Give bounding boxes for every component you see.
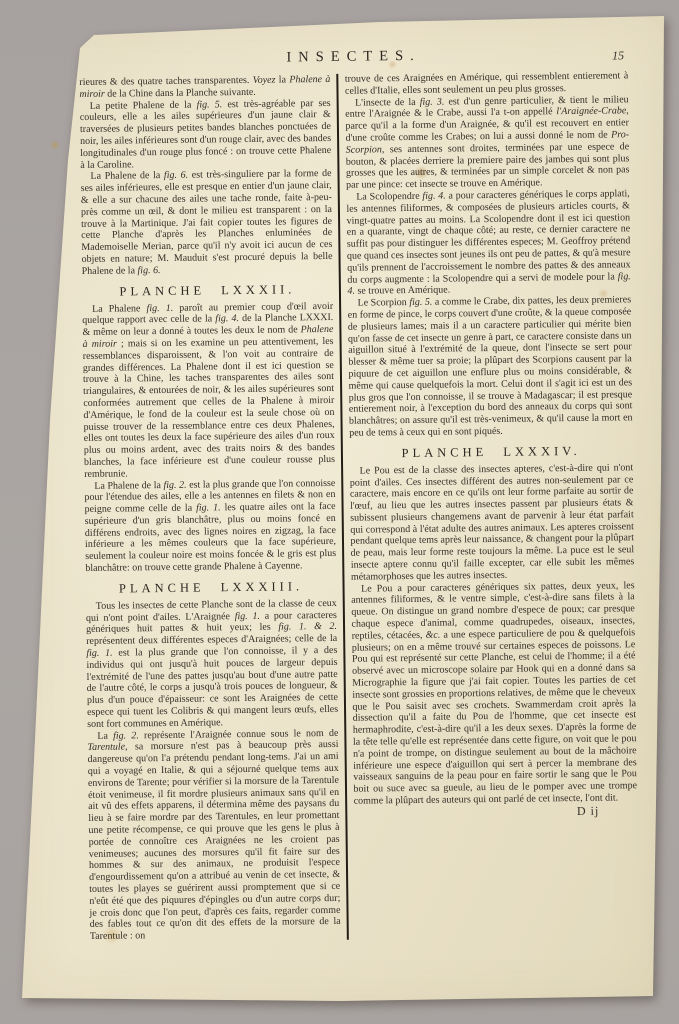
page-content: INSECTES. 15 rieures & des quatre taches…: [79, 45, 639, 943]
plate-heading: PLANCHE LXXXIV.: [349, 443, 633, 460]
paragraph: La Scolopendre fig. 4. a pour caracteres…: [346, 188, 631, 298]
paragraph: La Phalene fig. 1. paroît au premier cou…: [82, 300, 335, 480]
plate-heading: PLANCHE LXXXIII.: [85, 579, 336, 596]
paragraph: La Phalene de la fig. 6. est très-singul…: [80, 168, 332, 277]
signature-mark: D ij: [354, 805, 638, 820]
page-number: 15: [612, 48, 624, 63]
paragraph: La petite Phalene de la fig. 5. est très…: [80, 98, 332, 172]
paragraph: L'insecte de la fig. 3. est d'un genre p…: [345, 94, 630, 192]
column-right: trouve de ces Araignées en Amérique, qui…: [345, 70, 639, 939]
paragraph: Le Pou a pour caracteres génériques six …: [351, 580, 637, 808]
paragraph: La Phalene de la fig. 2. est la plus gra…: [84, 477, 336, 574]
paragraph: Le Scorpion fig. 5. a comme le Crabe, di…: [348, 294, 633, 439]
text-columns: rieures & des quatre taches transparente…: [79, 70, 639, 943]
paragraph: Tous les insectes de cette Planche sont …: [86, 598, 339, 731]
paragraph: Le Pou est de la classe des insectes apt…: [350, 462, 635, 583]
plate-heading: PLANCHE LXXXII.: [82, 281, 333, 298]
paragraph: La fig. 2. représente l'Araignée connue …: [87, 728, 341, 943]
column-left: rieures & des quatre taches transparente…: [79, 74, 341, 943]
paragraph: trouve de ces Araignées en Amérique, qui…: [345, 70, 629, 97]
page-background: { "header": { "title": "INSECTES.", "pag…: [0, 0, 679, 1024]
paragraph: rieures & des quatre taches transparente…: [79, 74, 330, 101]
